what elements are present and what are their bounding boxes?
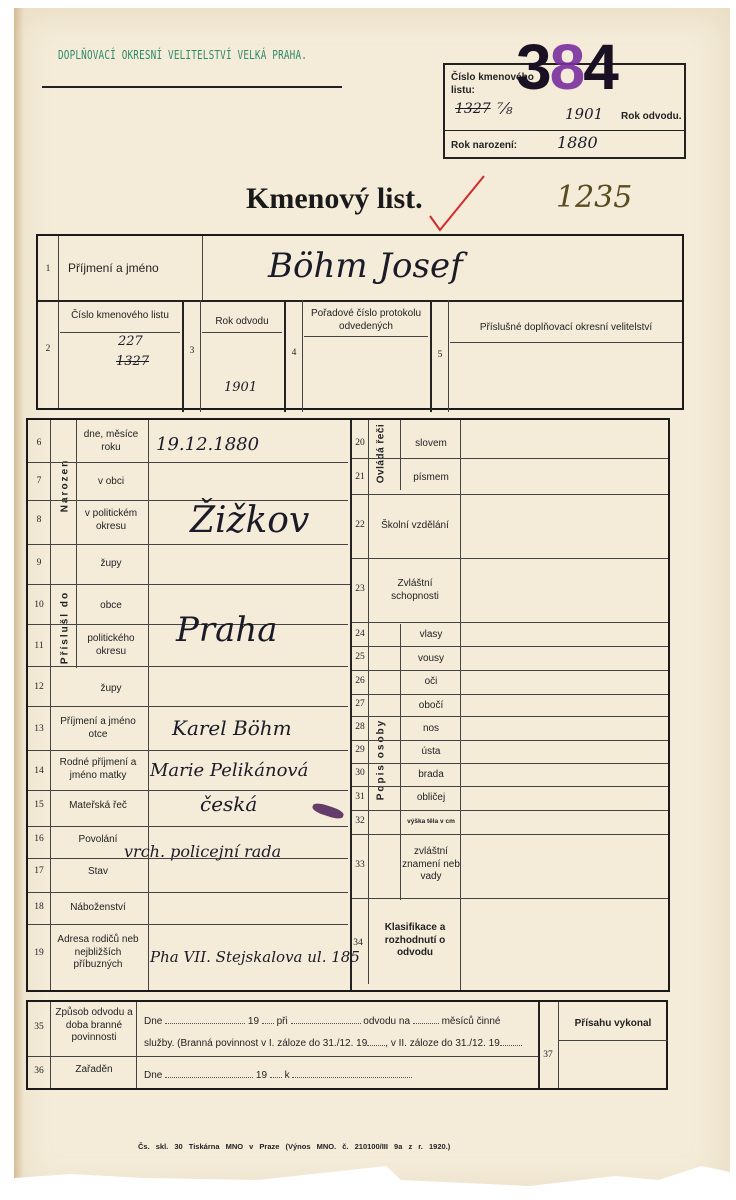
- eyes-label: oči: [402, 676, 460, 689]
- row-number: 8: [30, 515, 48, 525]
- page-title: Kmenový list.: [246, 182, 423, 216]
- row-number: 16: [30, 834, 48, 844]
- row-divider: [38, 300, 682, 302]
- assigned-line: Dne 19 k: [144, 1070, 412, 1083]
- col-divider: [182, 300, 184, 412]
- district-command-header: Příslušné doplňovací okresní velitelství: [450, 322, 682, 335]
- row-divider: [352, 716, 668, 717]
- face-label: obličej: [402, 792, 460, 805]
- row-number: 22: [352, 520, 368, 530]
- religion-label: Náboženství: [50, 902, 146, 915]
- marital-status-label: Stav: [50, 866, 146, 879]
- parents-address-value: Pha VII. Stejskalova ul. 185: [150, 948, 360, 966]
- row-number: 5: [432, 350, 448, 360]
- mesicu-text: měsíců činné: [442, 1016, 501, 1027]
- birth-year-value: 1880: [557, 133, 598, 152]
- label-col-divider: [148, 420, 149, 990]
- number-stamp: 384: [516, 30, 617, 104]
- sworn-num-divider: [558, 1002, 559, 1088]
- list-number-cell-value: 227: [118, 334, 143, 349]
- row-divider: [28, 1056, 538, 1057]
- year-prefix: 19: [248, 1016, 259, 1027]
- col-divider: [200, 300, 201, 412]
- eyebrows-label: obočí: [402, 700, 460, 713]
- row-divider: [28, 666, 348, 667]
- row-divider: [28, 790, 348, 791]
- list-number-struck: 1327: [455, 101, 491, 117]
- belongs-county-label: župy: [76, 683, 146, 696]
- cell-divider: [450, 342, 682, 343]
- assigned-label: Zařaděn: [52, 1064, 136, 1077]
- place-blank: [291, 1023, 361, 1024]
- year-blank: [500, 1045, 522, 1046]
- row-number: 15: [30, 800, 48, 810]
- row-divider: [28, 584, 348, 585]
- year-blank: [367, 1045, 385, 1046]
- row-number: 26: [352, 676, 368, 686]
- num-col-divider: [58, 236, 59, 408]
- red-check-icon: [428, 172, 488, 234]
- row-number: 1: [38, 264, 58, 274]
- belongs-district-label: politického okresu: [76, 633, 146, 658]
- row-divider: [352, 834, 668, 835]
- row-number: 14: [30, 766, 48, 776]
- cell-divider: [304, 336, 428, 337]
- num-col-divider: [50, 1002, 51, 1088]
- education-label: Školní vzdělání: [370, 520, 460, 533]
- row-number: 32: [352, 816, 368, 826]
- belongs-municipality-value: Praha: [176, 610, 278, 650]
- beard-label: vousy: [402, 653, 460, 666]
- father-name-label: Příjmení a jméno otce: [50, 716, 146, 741]
- birth-date-label: dne, měsíce roku: [76, 429, 146, 454]
- birth-village-label: v obci: [76, 476, 146, 489]
- list-number-cell-struck: 1327: [116, 354, 149, 369]
- row-number: 18: [30, 902, 48, 912]
- row-divider: [352, 786, 668, 787]
- row-number: 27: [352, 699, 368, 709]
- birth-district-label: v politickém okresu: [76, 508, 146, 533]
- group-label-belongs: Příslušl do: [60, 581, 71, 675]
- right-num-col-divider: [368, 420, 369, 984]
- row-number: 11: [30, 641, 48, 651]
- row-divider: [352, 670, 668, 671]
- recruit-year-header: Rok odvodu: [202, 316, 282, 329]
- mother-name-label: Rodné příjmení a jméno matky: [50, 757, 146, 782]
- special-abilities-label: Zvláštní schopnosti: [380, 578, 450, 603]
- row-number: 7: [30, 476, 48, 486]
- recruit-year-value: 1901: [565, 105, 603, 123]
- row-number: 24: [352, 629, 368, 639]
- protocol-number-header: Pořadové číslo protokolu odvedených: [304, 308, 428, 333]
- mouth-label: ústa: [402, 746, 460, 759]
- number-stamp-digit: 4: [583, 31, 617, 103]
- oath-label: Přísahu vykonal: [560, 1018, 666, 1031]
- recruitment-label: Způsob odvodu a doba branné povinnosti: [52, 1007, 136, 1045]
- col-divider: [302, 300, 303, 412]
- height-label: výška těla v cm: [400, 818, 462, 826]
- row-divider: [28, 924, 348, 925]
- col-divider: [448, 300, 449, 412]
- birth-village-value: Žižkov: [190, 500, 309, 541]
- name-label: Příjmení a jméno: [68, 261, 159, 276]
- pri-text: při: [277, 1016, 288, 1027]
- row-number: 10: [30, 600, 48, 610]
- parents-address-label: Adresa rodičů neb nejbližších příbuzných: [50, 934, 146, 972]
- row-divider: [352, 810, 668, 811]
- row-number: 13: [30, 724, 48, 734]
- row-divider: [352, 558, 668, 559]
- nose-label: nos: [402, 723, 460, 736]
- name-divider: [202, 236, 203, 300]
- year-prefix: 19: [256, 1070, 267, 1081]
- row-number: 6: [30, 438, 48, 448]
- cell-divider: [558, 1040, 668, 1041]
- printer-imprint: Čs. skl. 30 Tiskárna MNO v Praze (Výnos …: [138, 1142, 450, 1151]
- mother-tongue-label: Mateřská řeč: [50, 800, 146, 813]
- row-divider: [352, 740, 668, 741]
- row-number: 19: [30, 948, 48, 958]
- row-number: 34: [350, 938, 366, 948]
- recruitment-line-1: Dne 19 při odvodu na měsíců činné: [144, 1016, 501, 1029]
- reserve-2-text: , v II. záloze do 31./12. 19: [385, 1038, 500, 1049]
- row-number: 25: [352, 652, 368, 662]
- row-divider: [28, 750, 348, 751]
- row-number: 21: [352, 472, 368, 482]
- row-number: 36: [28, 1066, 50, 1076]
- dne-text: Dne: [144, 1070, 162, 1081]
- handwritten-number: 1235: [556, 180, 632, 215]
- belongs-municipality-label: obce: [76, 600, 146, 613]
- sworn-divider: [538, 1002, 540, 1088]
- row-divider: [28, 892, 348, 893]
- reserve-1-text: služby. (Branná povinnost v I. záloze do…: [144, 1038, 367, 1049]
- number-stamp-digit: 3: [516, 31, 550, 103]
- row-divider: [352, 763, 668, 764]
- odvodu-text: odvodu na: [363, 1016, 410, 1027]
- row-divider: [352, 898, 668, 899]
- row-number: 2: [38, 344, 58, 354]
- unit-blank: [292, 1077, 412, 1078]
- row-number: 9: [30, 558, 48, 568]
- row-number: 23: [352, 584, 368, 594]
- group-label-born: Narozen: [60, 451, 71, 521]
- row-divider: [352, 646, 668, 647]
- label-col-divider: [136, 1002, 137, 1088]
- recruitment-line-2: služby. (Branná povinnost v I. záloze do…: [144, 1038, 522, 1051]
- row-divider: [28, 462, 348, 463]
- cell-divider: [60, 332, 180, 333]
- year-blank: [262, 1023, 274, 1024]
- recruit-year-label: Rok odvodu.: [621, 111, 682, 122]
- row-number: 28: [352, 722, 368, 732]
- date-blank: [165, 1077, 253, 1078]
- list-number-value: ⅞: [497, 99, 513, 118]
- group-label-description: Popis osoby: [376, 715, 387, 805]
- group-label-languages: Ovládá řeči: [376, 419, 387, 489]
- birth-year-label: Rok narození:: [451, 140, 517, 151]
- chin-label: brada: [402, 769, 460, 782]
- father-name-value: Karel Böhm: [172, 716, 292, 740]
- name-value: Böhm Josef: [268, 246, 463, 286]
- row-number: 17: [30, 866, 48, 876]
- row-number: 35: [28, 1022, 50, 1032]
- section-identity: 1 Příjmení a jméno Böhm Josef 2 Číslo km…: [36, 234, 684, 410]
- number-stamp-digit: 8: [550, 31, 584, 103]
- right-group-col-divider: [400, 420, 401, 490]
- months-blank: [413, 1023, 439, 1024]
- row-divider: [352, 694, 668, 695]
- recruit-year-cell-value: 1901: [224, 380, 257, 395]
- row-number: 31: [352, 792, 368, 802]
- row-number: 20: [352, 438, 368, 448]
- right-label-col-divider: [460, 420, 461, 990]
- mother-tongue-value: česká: [200, 792, 257, 816]
- row-number: 4: [286, 348, 302, 358]
- stamp-underline: [42, 86, 342, 88]
- row-divider: [28, 826, 348, 827]
- row-divider: [352, 622, 668, 623]
- language-written-label: písmem: [402, 472, 460, 485]
- row-number: 30: [352, 768, 368, 778]
- paper-stain: [14, 8, 24, 1188]
- row-number: 37: [538, 1050, 558, 1060]
- k-text: k: [285, 1070, 290, 1081]
- cell-divider: [202, 332, 282, 333]
- row-divider: [28, 706, 348, 707]
- row-number: 12: [30, 682, 48, 692]
- mother-name-value: Marie Pelikánová: [150, 760, 308, 781]
- birth-date-value: 19.12.1880: [156, 434, 259, 455]
- row-divider: [352, 458, 668, 459]
- row-number: 3: [184, 346, 200, 356]
- classification-label: Klasifikace a rozhodnutí o odvodu: [372, 922, 458, 960]
- unit-stamp: DOPLŇOVACÍ OKRESNÍ VELITELSTVÍ VELKÁ PRA…: [58, 48, 307, 62]
- row-number: 33: [352, 860, 368, 870]
- date-blank: [165, 1023, 245, 1024]
- dne-text: Dne: [144, 1016, 162, 1027]
- row-divider: [28, 544, 348, 545]
- hair-label: vlasy: [402, 629, 460, 642]
- row-number: 29: [352, 745, 368, 755]
- section-service: 35 Způsob odvodu a doba branné povinnost…: [26, 1000, 668, 1090]
- distinguishing-marks-label: zvláštní znamení neb vady: [398, 846, 464, 884]
- row-divider: [28, 858, 348, 859]
- birth-county-label: župy: [76, 558, 146, 571]
- language-spoken-label: slovem: [402, 438, 460, 451]
- row-divider: [352, 494, 668, 495]
- list-number-header: Číslo kmenového listu: [60, 310, 180, 323]
- year-blank: [270, 1077, 282, 1078]
